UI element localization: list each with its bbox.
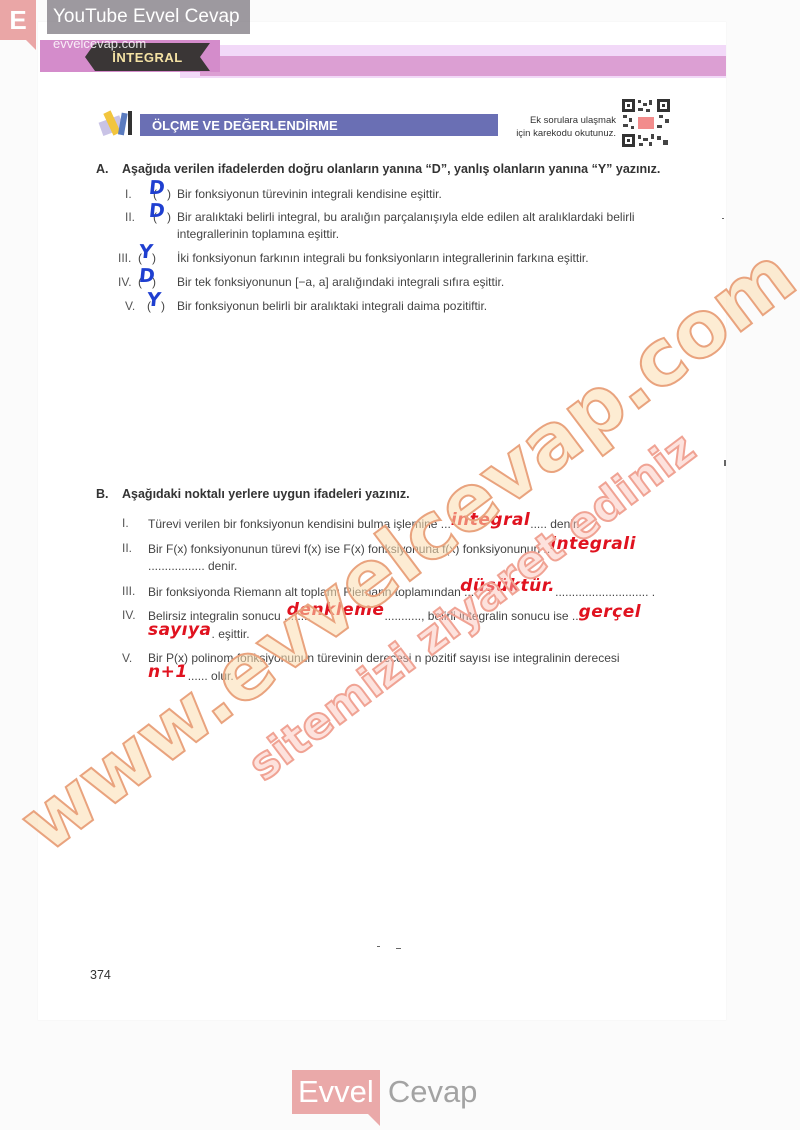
handwritten-answer: düşüktür. (460, 576, 555, 596)
header-band-dark (200, 56, 726, 76)
handwritten-answer: integrali (550, 534, 636, 554)
scan-speck (377, 946, 380, 947)
item-text: Bir F(x) fonksiyonunun türevi f(x) ise F… (148, 540, 636, 575)
handwritten-answer: D (148, 203, 166, 220)
part-a-instruction: Aşağıda verilen ifadelerden doğru olanla… (122, 162, 660, 176)
handwritten-answer: sayıya (148, 620, 212, 640)
item-text: Türevi verilen bir fonksiyonun kendisini… (148, 515, 580, 533)
qr-code-icon[interactable] (621, 98, 671, 148)
item-text: Bir fonksiyonun belirli bir aralıktaki i… (177, 298, 697, 315)
item-text: Bir aralıktaki belirli integral, bu aral… (177, 209, 737, 243)
item-number: V. (122, 650, 148, 667)
item-text-before: Türevi verilen bir fonksiyonun kendisini… (148, 517, 451, 531)
section-title: ÖLÇME VE DEĞERLENDİRME (152, 118, 338, 133)
brand-badge[interactable]: E (0, 0, 36, 40)
handwritten-answer: denkleme (287, 600, 385, 620)
item-text: Bir P(x) polinom fonksiyonunun türevinin… (148, 650, 620, 685)
item-text-after: ...... olur. (188, 669, 234, 683)
qr-note-line2: için karekodu okutunuz. (500, 127, 616, 140)
part-b-letter: B. (96, 487, 122, 501)
scan-speck (724, 460, 726, 466)
youtube-banner-text: YouTube Evvel Cevap (53, 6, 240, 28)
qr-note: Ek sorulara ulaşmak için karekodu okutun… (500, 114, 616, 140)
scan-speck (722, 218, 724, 219)
chapter-title: İNTEGRAL (112, 50, 182, 65)
youtube-banner[interactable]: YouTube Evvel Cevap (47, 0, 250, 34)
section-title-bar: ÖLÇME VE DEĞERLENDİRME (140, 114, 498, 136)
item-text-before: Bir F(x) fonksiyonunun türevi f(x) ise F… (148, 542, 550, 556)
handwritten-answer: D (138, 268, 156, 285)
item-text: Bir fonksiyonun türevinin integrali kend… (177, 186, 697, 203)
item-text-before: Bir P(x) polinom fonksiyonunun türevinin… (148, 651, 620, 665)
item-number: III. (122, 583, 148, 600)
item-number: II. (122, 540, 148, 557)
item-text-before: Bir fonksiyonda Riemann alt toplamı Riem… (148, 585, 474, 599)
brand-badge-letter: E (9, 5, 26, 36)
handwritten-answer: Y (146, 292, 162, 309)
handwritten-answer: integral (451, 510, 530, 530)
pencil-icon (98, 107, 138, 137)
item-text-line1: Bir aralıktaki belirli integral, bu aral… (177, 210, 635, 224)
item-text: Belirsiz integralin sonucu ........denkl… (148, 607, 641, 643)
item-text: Bir fonksiyonda Riemann alt toplamı Riem… (148, 583, 655, 601)
item-text-after: ..... denir. (530, 517, 579, 531)
scan-speck (396, 948, 401, 949)
handwritten-answer: gerçel (579, 602, 642, 622)
handwritten-answer: D (148, 180, 166, 197)
item-text-after: . eşittir. (212, 627, 250, 641)
qr-note-line1: Ek sorulara ulaşmak (500, 114, 616, 127)
item-text-line2: ................. denir. (148, 559, 237, 573)
handwritten-answer: n+1 (148, 662, 188, 682)
page-number: 374 (90, 968, 111, 982)
item-text-after: ............................ . (555, 585, 655, 599)
item-text: İki fonksiyonun farkının integrali bu fo… (177, 250, 737, 267)
part-b-instruction: Aşağıdaki noktalı yerlere uygun ifadeler… (122, 487, 410, 501)
evvel-cevap-logo[interactable]: Evvel Cevap (292, 1070, 477, 1114)
part-a-heading: A.Aşağıda verilen ifadelerden doğru olan… (96, 162, 660, 176)
item-text-after: ..........., belirli integralin sonucu i… (384, 609, 578, 623)
item-text: Bir tek fonksiyonunun [−a, a] aralığında… (177, 274, 697, 291)
logo-cevap: Cevap (380, 1074, 478, 1110)
logo-evvel: Evvel (292, 1070, 380, 1114)
item-text-line2: integrallerinin toplamına eşittir. (177, 227, 339, 241)
handwritten-answer: Y (138, 244, 154, 261)
item-number: I. (122, 515, 148, 532)
part-a-letter: A. (96, 162, 122, 176)
site-url[interactable]: evvelcevap.com (53, 36, 146, 51)
item-number: IV. (122, 607, 148, 624)
part-b-heading: B.Aşağıdaki noktalı yerlere uygun ifadel… (96, 487, 410, 501)
